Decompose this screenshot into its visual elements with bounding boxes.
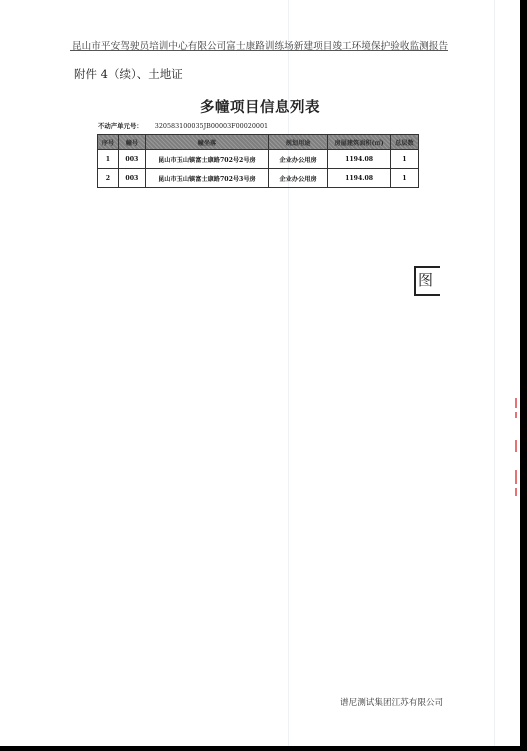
header-usage: 规划用途 [268, 135, 327, 150]
footer-company: 谱尼测试集团江苏有限公司 [340, 696, 443, 708]
cell-area: 1194.08 [328, 169, 391, 188]
unit-number-value: 320583100035JB00003F00020001 [155, 122, 268, 130]
cell-index: 1 [98, 150, 119, 169]
cell-usage: 企业办公用房 [268, 150, 327, 169]
cell-floors: 1 [390, 169, 418, 188]
header-index: 序号 [98, 135, 119, 150]
annex-title: 附件 4（续）、土地证 [74, 66, 183, 82]
header-rule [70, 50, 448, 51]
cell-building-no: 003 [118, 169, 145, 188]
cell-location: 昆山市玉山镇富士康路702号2号房 [145, 150, 268, 169]
header-floors: 总层数 [390, 135, 418, 150]
document-page: 昆山市平安驾驶员培训中心有限公司富士康路训练场新建项目竣工环境保护验收监测报告 … [0, 0, 520, 746]
partial-stamp-icon: 图 [414, 266, 440, 296]
table-row: 1 003 昆山市玉山镇富士康路702号2号房 企业办公用房 1194.08 1 [98, 150, 419, 169]
unit-number-label: 不动产单元号： [98, 122, 143, 130]
cell-location: 昆山市玉山镇富士康路702号3号房 [145, 169, 268, 188]
cell-index: 2 [98, 169, 119, 188]
cell-usage: 企业办公用房 [268, 169, 327, 188]
red-seal-edge [515, 488, 517, 496]
red-seal-edge [515, 470, 517, 484]
building-info-table: 序号 幢号 幢坐落 规划用途 房屋建筑面积(㎡) 总层数 1 003 昆山市玉山… [97, 134, 419, 188]
cell-building-no: 003 [118, 150, 145, 169]
scan-border-right [520, 0, 527, 751]
table-row: 2 003 昆山市玉山镇富士康路702号3号房 企业办公用房 1194.08 1 [98, 169, 419, 188]
red-seal-edge [515, 412, 517, 418]
header-area: 房屋建筑面积(㎡) [328, 135, 391, 150]
cell-floors: 1 [390, 150, 418, 169]
header-building-no: 幢号 [118, 135, 145, 150]
scan-border-bottom [0, 746, 527, 751]
red-seal-edge [515, 398, 517, 408]
red-seal-edge [515, 440, 517, 452]
document-title: 多幢项目信息列表 [0, 96, 520, 117]
unit-number-line: 不动产单元号： 320583100035JB00003F00020001 [98, 121, 268, 130]
table-header-row: 序号 幢号 幢坐落 规划用途 房屋建筑面积(㎡) 总层数 [98, 135, 419, 150]
header-location: 幢坐落 [145, 135, 268, 150]
cell-area: 1194.08 [328, 150, 391, 169]
